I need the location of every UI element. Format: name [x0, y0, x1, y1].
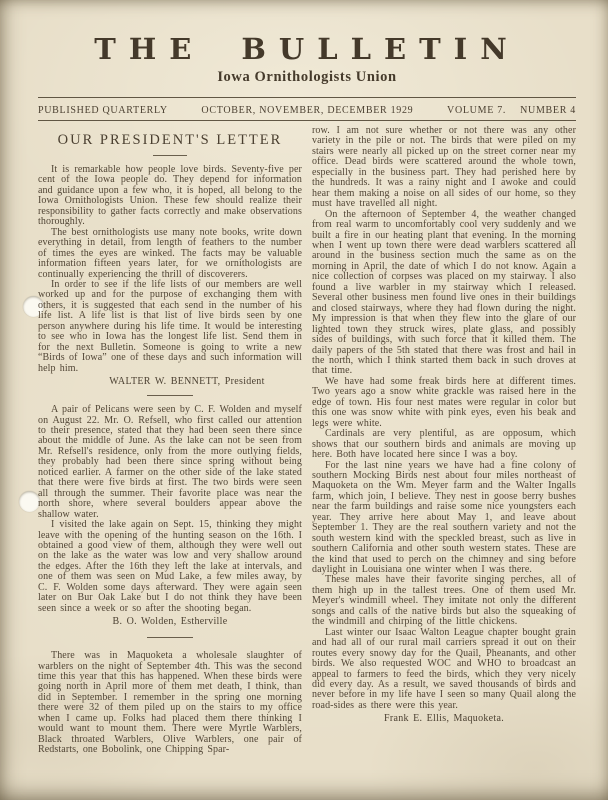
left-column: OUR PRESIDENT'S LETTER It is remarkable …: [38, 126, 302, 756]
masthead-rule-top: [38, 97, 576, 98]
signature-b-o-wolden: B. O. Wolden, Estherville: [38, 616, 302, 628]
volume-label: VOLUME 7.: [447, 105, 506, 116]
issue-date: OCTOBER, NOVEMBER, DECEMBER 1929: [201, 105, 413, 116]
paragraph: I visited the lake again on Sept. 15, th…: [38, 520, 302, 614]
paragraph: We have had some freak birds here at dif…: [312, 377, 576, 429]
newsletter-subtitle: Iowa Ornithologists Union: [38, 69, 576, 86]
published-quarterly-label: PUBLISHED QUARTERLY: [38, 105, 168, 116]
section-divider-rule: [147, 637, 193, 638]
section-divider-rule: [147, 395, 193, 396]
number-label: NUMBER 4: [520, 105, 576, 116]
paragraph: On the afternoon of September 4, the wea…: [312, 210, 576, 377]
paragraph-continued: row. I am not sure whether or not there …: [312, 126, 576, 210]
heading-divider-rule: [153, 155, 187, 156]
paragraph: Cardinals are very plentiful, as are opp…: [312, 429, 576, 460]
scanned-newsletter-page: THE BULLETIN Iowa Ornithologists Union P…: [0, 0, 608, 800]
right-column: row. I am not sure whether or not there …: [312, 126, 576, 756]
signature-walter-bennett: WALTER W. BENNETT, President: [38, 376, 302, 388]
paragraph: For the last nine years we have had a fi…: [312, 461, 576, 576]
masthead: THE BULLETIN Iowa Ornithologists Union: [38, 32, 576, 86]
paragraph: These males have their favorite singing …: [312, 575, 576, 627]
newsletter-title: THE BULLETIN: [38, 32, 576, 66]
volume-number: VOLUME 7.NUMBER 4: [447, 105, 576, 116]
hole-punch-bottom: [19, 491, 40, 512]
masthead-rule-bottom: [38, 120, 576, 121]
paragraph: There was in Maquoketa a wholesale slaug…: [38, 651, 302, 756]
page-content: THE BULLETIN Iowa Ornithologists Union P…: [38, 26, 576, 756]
publication-info-row: PUBLISHED QUARTERLY OCTOBER, NOVEMBER, D…: [38, 105, 576, 116]
paragraph: A pair of Pelicans were seen by C. F. Wo…: [38, 405, 302, 520]
article-heading: OUR PRESIDENT'S LETTER: [38, 132, 302, 149]
paragraph: Last winter our Isaac Walton League chap…: [312, 628, 576, 712]
signature-frank-ellis: Frank E. Ellis, Maquoketa.: [312, 713, 576, 725]
paragraph: In order to see if the life lists of our…: [38, 280, 302, 374]
page-body: OUR PRESIDENT'S LETTER It is remarkable …: [38, 126, 576, 756]
paragraph: It is remarkable how people love birds. …: [38, 165, 302, 228]
paragraph: The best ornithologists use many note bo…: [38, 228, 302, 280]
